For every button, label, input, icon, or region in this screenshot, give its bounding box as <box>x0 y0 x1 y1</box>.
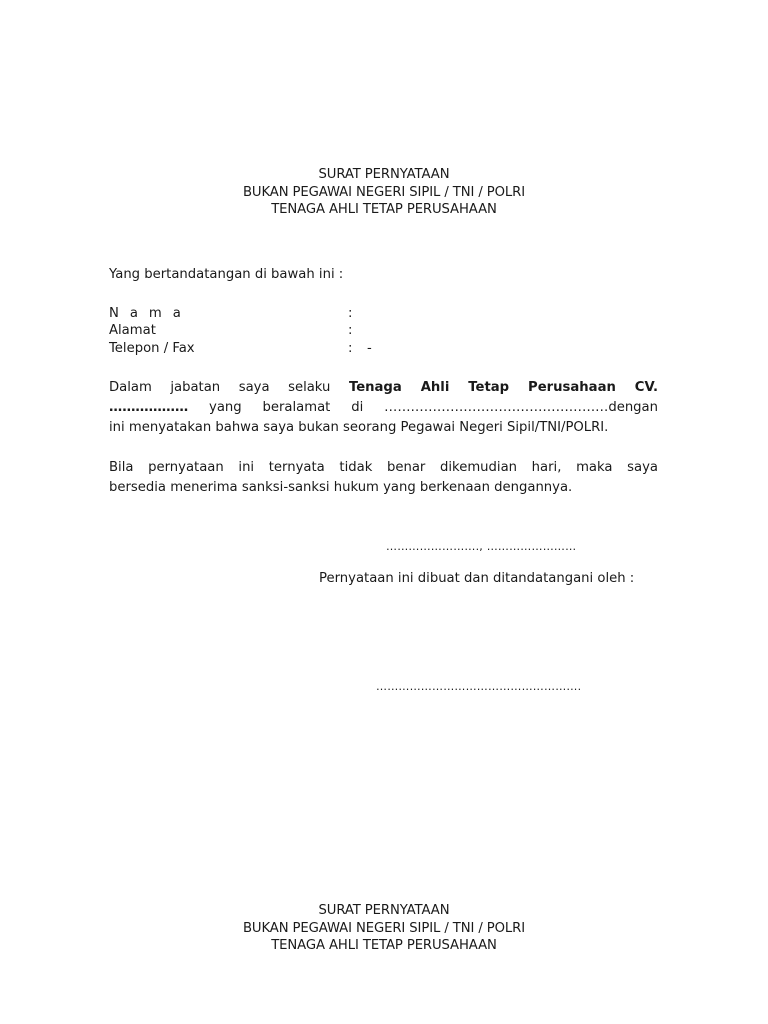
field-value: - <box>367 341 372 356</box>
intro-text: Yang bertandatangan di bawah ini : <box>109 267 343 282</box>
paragraph-line: ini menyatakan bahwa saya bukan seorang … <box>109 418 658 438</box>
paragraph-line: bersedia menerima sanksi-sanksi hukum ya… <box>109 478 658 498</box>
title-line: BUKAN PEGAWAI NEGERI SIPIL / TNI / POLRI <box>0 184 768 202</box>
field-label: Alamat <box>109 323 156 338</box>
field-colon: : <box>348 306 352 321</box>
title-line: TENAGA AHLI TETAP PERUSAHAAN <box>0 937 768 955</box>
title-line: TENAGA AHLI TETAP PERUSAHAAN <box>0 201 768 219</box>
paragraph-line: Bila pernyataan ini ternyata tidak benar… <box>109 458 658 478</box>
title-line: BUKAN PEGAWAI NEGERI SIPIL / TNI / POLRI <box>0 920 768 938</box>
field-colon: : <box>348 323 352 338</box>
company-role: Tenaga Ahli Tetap Perusahaan CV. <box>349 380 658 395</box>
signature-line: ………………………………………………. <box>376 680 581 693</box>
signed-by-text: Pernyataan ini dibuat dan ditandatangani… <box>319 571 634 586</box>
document-page: SURAT PERNYATAAN BUKAN PEGAWAI NEGERI SI… <box>0 0 768 1024</box>
text: Dalam jabatan saya selaku <box>109 380 330 395</box>
field-row-nama: N a m a : <box>109 306 509 323</box>
text: yang beralamat di ……………………………………………denga… <box>209 400 658 415</box>
title-line: SURAT PERNYATAAN <box>0 902 768 920</box>
statement-paragraph: Dalam jabatan saya selaku Tenaga Ahli Te… <box>109 378 658 438</box>
sanction-paragraph: Bila pernyataan ini ternyata tidak benar… <box>109 458 658 498</box>
field-label: N a m a <box>109 306 184 321</box>
repeated-document-title: SURAT PERNYATAAN BUKAN PEGAWAI NEGERI SI… <box>0 902 768 955</box>
date-place-line: ……………………., …………………… <box>386 540 576 553</box>
field-row-alamat: Alamat : <box>109 323 509 340</box>
document-title: SURAT PERNYATAAN BUKAN PEGAWAI NEGERI SI… <box>0 166 768 219</box>
field-row-telepon-fax: Telepon / Fax : - <box>109 341 509 358</box>
field-label: Telepon / Fax <box>109 341 195 356</box>
paragraph-line: ……………… yang beralamat di ………………………………………… <box>109 398 658 418</box>
company-name-placeholder: ……………… <box>109 400 188 415</box>
title-line: SURAT PERNYATAAN <box>0 166 768 184</box>
paragraph-line: Dalam jabatan saya selaku Tenaga Ahli Te… <box>109 378 658 398</box>
field-colon: : <box>348 341 352 356</box>
